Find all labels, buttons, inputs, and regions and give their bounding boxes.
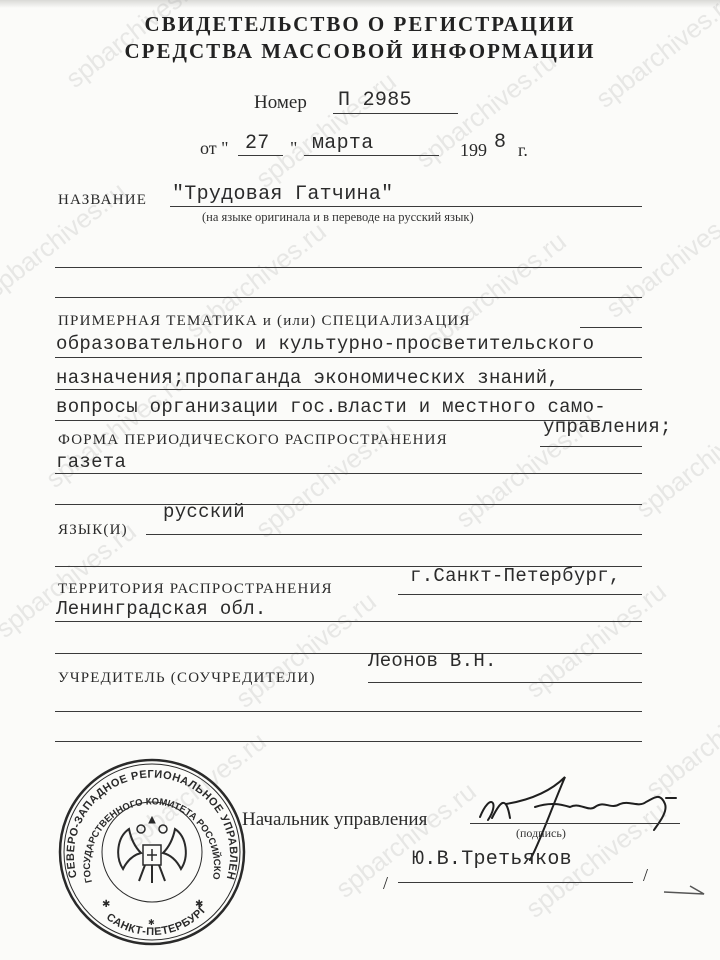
date-year-prefix: 199 — [460, 140, 487, 161]
star-icon: ✱ — [195, 899, 203, 910]
date-quote-close: " — [290, 138, 297, 159]
territory-value-line-2: Ленинградская обл. — [56, 598, 267, 620]
watermark: spbarchives.ru — [250, 66, 402, 195]
check-mark-icon — [660, 880, 710, 900]
signature-hint: (подпись) — [516, 826, 566, 841]
blank-line — [55, 504, 642, 505]
blank-line — [55, 711, 642, 712]
document-title-line-2: СРЕДСТВА МАССОВОЙ ИНФОРМАЦИИ — [0, 39, 720, 64]
name-underline — [170, 206, 642, 207]
topic-underline-1 — [55, 357, 642, 358]
signer-underline — [398, 882, 633, 883]
handwritten-signature — [470, 752, 700, 862]
territory-underline-2 — [55, 621, 642, 622]
watermark: spbarchives.ru — [520, 576, 672, 705]
star-icon: ✱ — [148, 918, 155, 927]
form-value: газета — [56, 451, 126, 473]
number-label: Номер — [254, 92, 307, 114]
date-prefix: от " — [200, 138, 228, 159]
topic-underline-2 — [55, 389, 642, 390]
founder-label: УЧРЕДИТЕЛЬ (СОУЧРЕДИТЕЛИ) — [58, 670, 316, 687]
date-day: 27 — [245, 132, 270, 155]
date-year-unit: г. — [518, 140, 528, 161]
topic-line-2: назначения;пропаганда экономических знан… — [56, 367, 559, 389]
form-underline — [55, 473, 642, 474]
date-year-suffix: 8 — [494, 131, 506, 154]
topic-label: ПРИМЕРНАЯ ТЕМАТИКА и (или) СПЕЦИАЛИЗАЦИЯ — [58, 313, 471, 330]
topic-underline-3 — [55, 420, 600, 421]
star-icon: ✱ — [102, 899, 110, 910]
form-label: ФОРМА ПЕРИОДИЧЕСКОГО РАСПРОСТРАНЕНИЯ — [58, 432, 448, 449]
official-stamp: СЕВЕРО-ЗАПАДНОЕ РЕГИОНАЛЬНОЕ УПРАВЛЕНИЕ … — [57, 757, 247, 947]
blank-line — [55, 653, 642, 654]
slash-right: / — [643, 865, 648, 886]
date-month: марта — [312, 132, 374, 155]
name-label: НАЗВАНИЕ — [58, 192, 147, 209]
blank-line — [55, 297, 642, 298]
date-day-underline — [238, 155, 283, 156]
language-value: русский — [163, 501, 245, 523]
form-label-underline — [540, 446, 642, 447]
blank-line — [55, 741, 642, 742]
topic-line-4: управления; — [543, 416, 672, 438]
language-underline — [146, 534, 642, 535]
name-hint: (на языке оригинала и в переводе на русс… — [202, 210, 474, 225]
date-month-underline — [304, 155, 439, 156]
document-title-line-1: СВИДЕТЕЛЬСТВО О РЕГИСТРАЦИИ — [0, 12, 720, 37]
language-label: ЯЗЫК(И) — [58, 522, 128, 539]
signature-underline — [470, 823, 680, 824]
territory-label: ТЕРРИТОРИЯ РАСПРОСТРАНЕНИЯ — [58, 581, 333, 598]
signer-name: Ю.В.Третьяков — [412, 848, 572, 871]
topic-line-1: образовательного и культурно-просветител… — [56, 333, 594, 355]
topic-line-3: вопросы организации гос.власти и местног… — [56, 396, 606, 418]
slash-left: / — [383, 873, 388, 894]
territory-value-line-1: г.Санкт-Петербург, — [410, 565, 621, 587]
registration-certificate: spbarchives.ru spbarchives.ru spbarchive… — [0, 0, 720, 960]
territory-underline-1 — [398, 594, 642, 595]
number-underline — [333, 113, 458, 114]
scan-edge-shadow — [0, 0, 720, 8]
topic-label-underline — [580, 327, 642, 328]
founder-underline — [368, 682, 642, 683]
watermark: spbarchives.ru — [330, 776, 482, 905]
founder-value: Леонов В.Н. — [368, 650, 497, 672]
double-headed-eagle-icon — [118, 817, 186, 883]
position-label: Начальник управления — [242, 809, 427, 831]
name-value: "Трудовая Гатчина" — [172, 183, 393, 206]
watermark: spbarchives.ru — [600, 196, 720, 325]
number-value: П 2985 — [338, 89, 412, 112]
blank-line — [55, 267, 642, 268]
